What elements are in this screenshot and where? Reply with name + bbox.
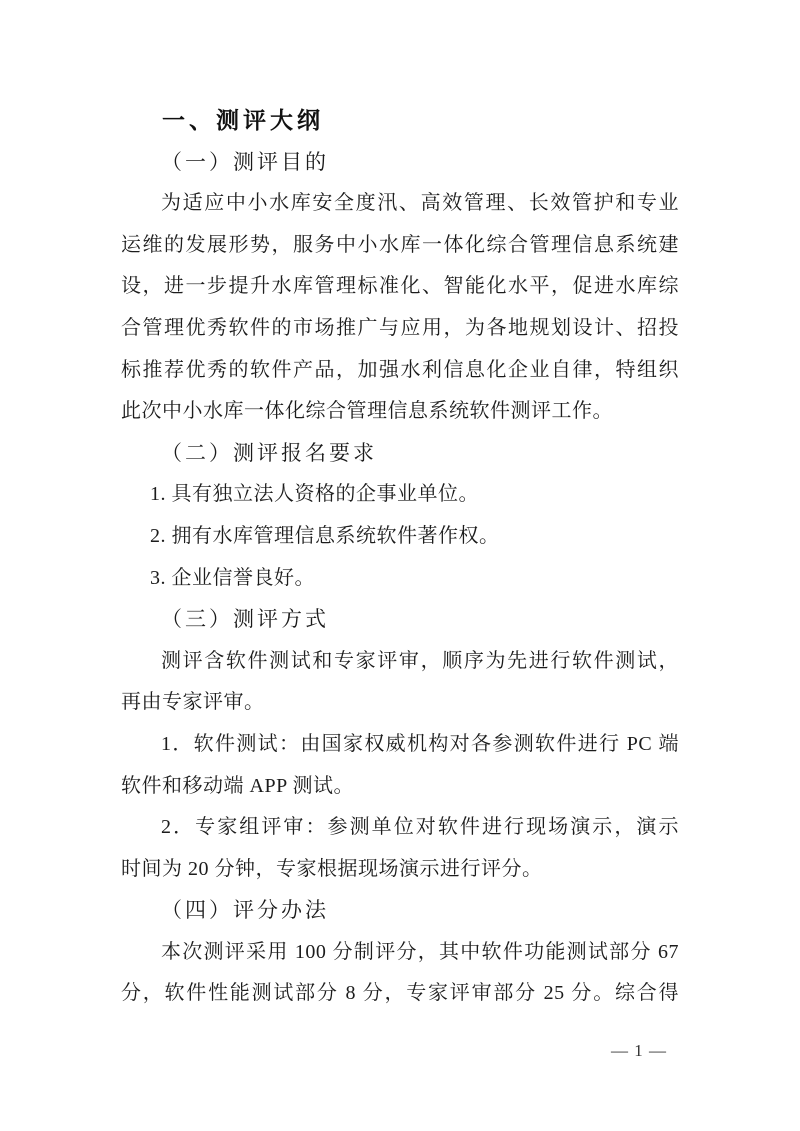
body-line: 1．软件测试：由国家权威机构对各参测软件进行 PC 端 xyxy=(121,724,679,766)
body-line: 标推荐优秀的软件产品，加强水利信息化企业自律，特组织 xyxy=(121,350,679,392)
list-item: 1. 具有独立法人资格的企事业单位。 xyxy=(121,474,679,516)
body-line: 为适应中小水库安全度汛、高效管理、长效管护和专业 xyxy=(121,183,679,225)
body-line: 本次测评采用 100 分制评分，其中软件功能测试部分 67 xyxy=(121,932,679,974)
doc-title: 一、测评大纲 xyxy=(121,100,679,142)
body-line: 合管理优秀软件的市场推广与应用，为各地规划设计、招投 xyxy=(121,308,679,350)
body-line: 时间为 20 分钟，专家根据现场演示进行评分。 xyxy=(121,849,679,891)
body-line: 软件和移动端 APP 测试。 xyxy=(121,766,679,808)
body-line: 2．专家组评审：参测单位对软件进行现场演示，演示 xyxy=(121,807,679,849)
list-item: 2. 拥有水库管理信息系统软件著作权。 xyxy=(121,516,679,558)
section-heading-4: （四）评分办法 xyxy=(121,890,679,932)
page-number: — 1 — xyxy=(611,1041,667,1061)
body-line: 此次中小水库一体化综合管理信息系统软件测评工作。 xyxy=(121,391,679,433)
body-line: 设，进一步提升水库管理标准化、智能化水平，促进水库综 xyxy=(121,266,679,308)
section-heading-3: （三）测评方式 xyxy=(121,599,679,641)
section-heading-2: （二）测评报名要求 xyxy=(121,433,679,475)
body-line: 分，软件性能测试部分 8 分，专家评审部分 25 分。综合得 xyxy=(121,973,679,1015)
body-line: 测评含软件测试和专家评审，顺序为先进行软件测试， xyxy=(121,641,679,683)
section-heading-1: （一）测评目的 xyxy=(121,142,679,184)
body-line: 运维的发展形势，服务中小水库一体化综合管理信息系统建 xyxy=(121,225,679,267)
document-body: 一、测评大纲 （一）测评目的 为适应中小水库安全度汛、高效管理、长效管护和专业 … xyxy=(121,100,679,1015)
body-line: 再由专家评审。 xyxy=(121,682,679,724)
list-item: 3. 企业信誉良好。 xyxy=(121,558,679,600)
document-page: 一、测评大纲 （一）测评目的 为适应中小水库安全度汛、高效管理、长效管护和专业 … xyxy=(0,0,800,1131)
